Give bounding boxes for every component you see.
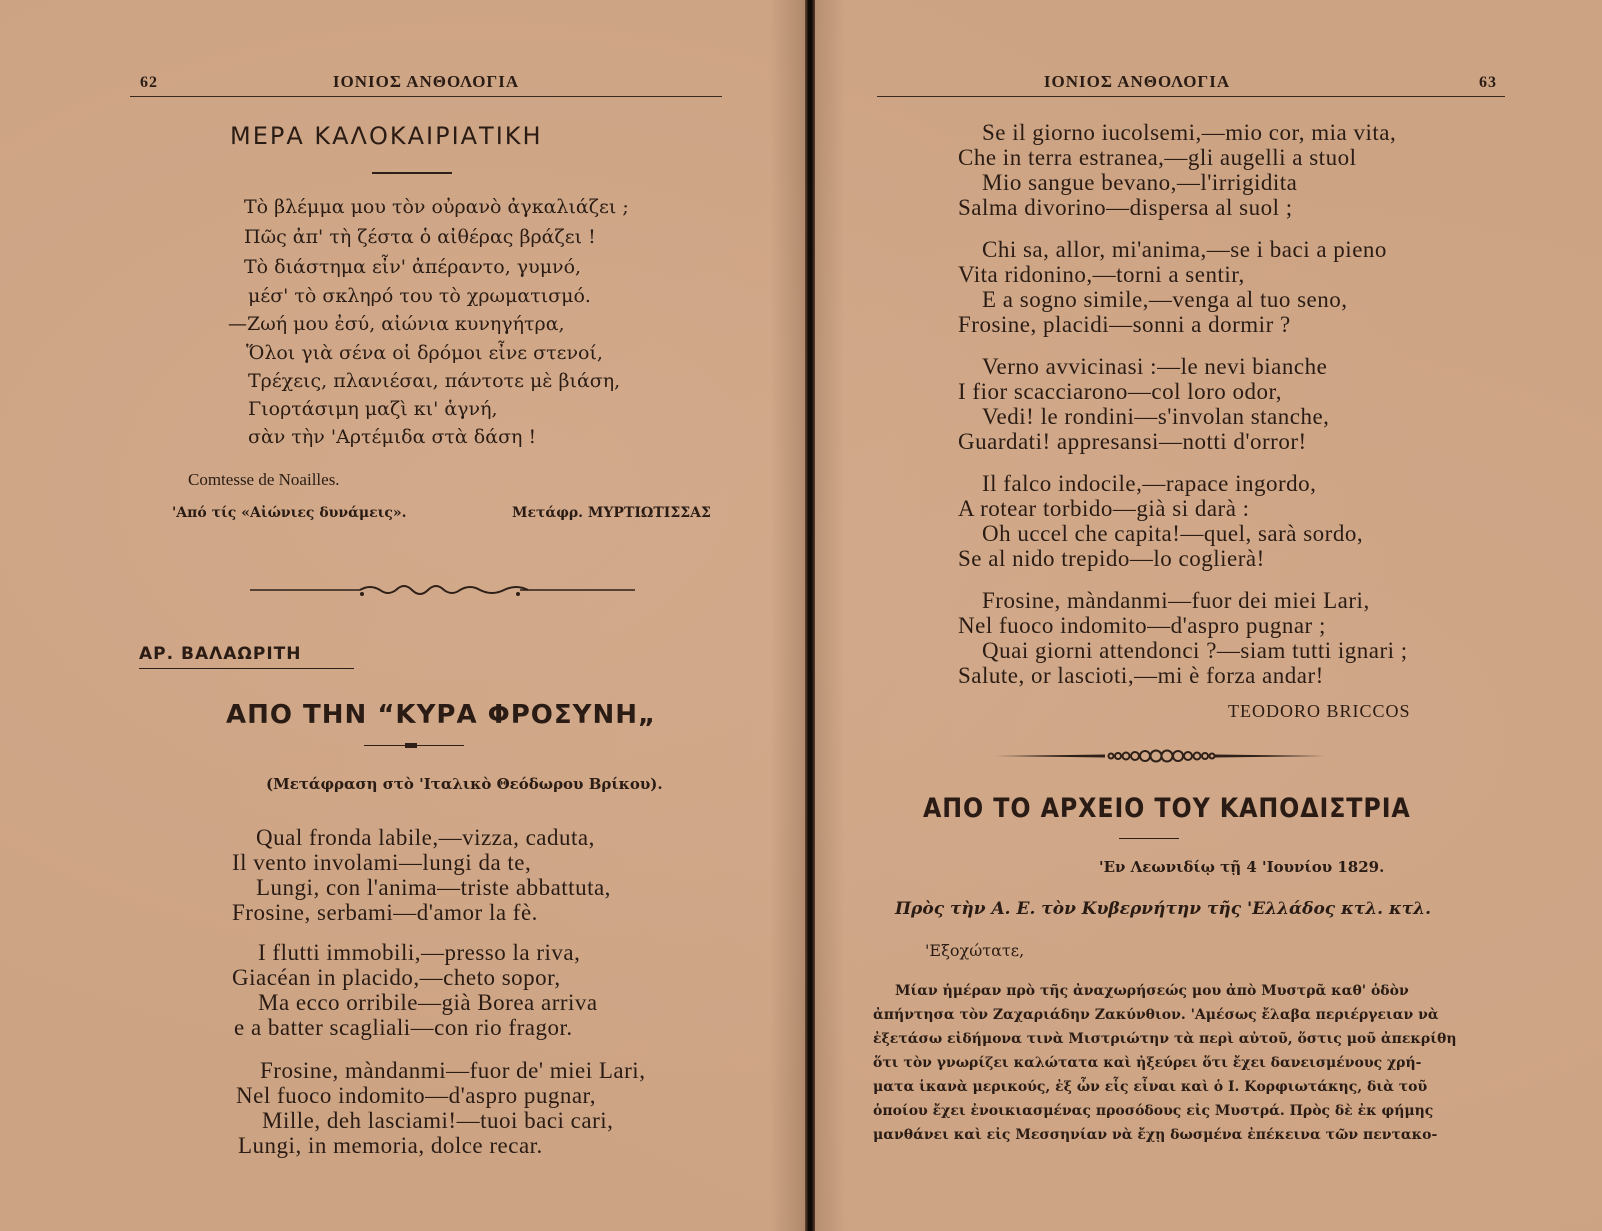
poem-line: Ma ecco orribile—già Borea arriva [258, 990, 598, 1016]
poem-line: Mio sangue bevano,—l'irrigidita [982, 170, 1297, 196]
left-page: 62 ΙΟΝΙΟΣ ΑΝΘΟΛΟΓΙΑ ΜΕΡΑ ΚΑΛΟΚΑΙΡΙΑΤΙΚΗ … [0, 0, 805, 1231]
poem-signature: TEODORO BRICCOS [1228, 701, 1411, 722]
body-line: ὅτι τὸν γνωρίζει καλώτατα καὶ ἠξεύρει ὅτ… [873, 1055, 1421, 1071]
author-heading: ΑΡ. ΒΑΛΑΩΡΙΤΗ [139, 644, 301, 664]
page-number: 63 [1479, 74, 1497, 92]
poem-line: Frosine, serbami—d'amor la fè. [232, 900, 538, 926]
title-rule [372, 172, 452, 174]
poem-line: Verno avvicinasi :—le nevi bianche [982, 354, 1327, 380]
author-heading-rule [139, 668, 354, 669]
section-subtitle: (Μετάφραση στὸ 'Ιταλικὸ Θεόδωρου Βρίκου)… [266, 775, 663, 793]
poem-line: Chi sa, allor, mi'anima,—se i baci a pie… [982, 237, 1387, 263]
poem-source: 'Από τίς «Αἰώνιες δυνάμεις». [172, 505, 407, 521]
poem-line: Τὸ βλέμμα μου τὸν οὐρανὸ ἀγκαλιάζει ; [244, 196, 629, 218]
running-title: ΙΟΝΙΟΣ ΑΝΘΟΛΟΓΙΑ [877, 72, 1397, 92]
poem-line: μέσ' τὸ σκληρό του τὸ χρωματισμό. [248, 285, 591, 307]
beaded-divider-icon [995, 748, 1325, 764]
poem-line: Vedi! le rondini—s'involan stanche, [982, 404, 1329, 430]
poem-line: Nel fuoco indomito—d'aspro pugnar, [236, 1083, 596, 1109]
article-title: ΑΠΟ ΤΟ ΑΡΧΕΙΟ ΤΟΥ ΚΑΠΟΔΙΣΤΡΙΑ [923, 793, 1411, 824]
poem-line: Se il giorno iucolsemi,—mio cor, mia vit… [982, 120, 1396, 146]
running-head-left: 62 ΙΟΝΙΟΣ ΑΝΘΟΛΟΓΙΑ [130, 72, 722, 97]
article-addressee: Πρὸς τὴν Α. Ε. τὸν Κυβερνήτην τῆς 'Ελλάδ… [895, 899, 1431, 919]
poem-line: Frosine, màndanmi—fuor dei miei Lari, [982, 588, 1370, 614]
poem-line: Oh uccel che capita!—quel, sarà sordo, [982, 521, 1363, 547]
poem-line: Τὸ διάστημα εἶν' ἀπέραντο, γυμνό, [244, 256, 581, 278]
poem-line: Che in terra estranea,—gli augelli a stu… [958, 145, 1356, 171]
poem-line: Se al nido trepido—lo coglierà! [958, 546, 1265, 572]
poem-line: Lungi, in memoria, dolce recar. [238, 1133, 543, 1159]
poem-line: A rotear torbido—già si darà : [958, 496, 1250, 522]
running-title: ΙΟΝΙΟΣ ΑΝΘΟΛΟΓΙΑ [130, 72, 722, 92]
article-title-rule [1119, 838, 1179, 839]
poem-title: ΜΕΡΑ ΚΑΛΟΚΑΙΡΙΑΤΙΚΗ [230, 122, 543, 150]
poem-line: e a batter scagliali—con rio fragor. [234, 1015, 573, 1041]
poem-line: Giacéan in placido,—cheto sopor, [232, 965, 561, 991]
poem-line: E a sogno simile,—venga al tuo seno, [982, 287, 1348, 313]
poem-line: Lungi, con l'anima—triste abbattuta, [256, 875, 611, 901]
article-salutation: 'Εξοχώτατε, [925, 941, 1024, 960]
poem-line: I flutti immobili,—presso la riva, [258, 940, 580, 966]
poem-translator: Μετάφρ. ΜΥΡΤΙΩΤΙΣΣΑΣ [512, 505, 711, 521]
poem-line: Quai giorni attendonci ?—siam tutti igna… [982, 638, 1408, 664]
poem-line: Mille, deh lasciami!—tuoi baci cari, [262, 1108, 613, 1134]
poem-line: Vita ridonino,—torni a sentir, [958, 262, 1245, 288]
poem-line: Il vento involami—lungi da te, [232, 850, 531, 876]
gutter-shadow [770, 0, 805, 1231]
rule-dash [405, 743, 417, 748]
body-line: Μίαν ἡμέραν πρὸ τῆς ἀναχωρήσεώς μου ἀπὸ … [895, 983, 1409, 999]
body-line: ἐξετάσω εἰδήμονα τινὰ Μιστριώτην τὰ περὶ… [873, 1031, 1457, 1047]
book-gutter [805, 0, 815, 1231]
section-title: ΑΠΟ ΤΗΝ “ΚΥΡΑ ΦΡΟΣΥΝΗ„ [226, 700, 656, 730]
article-dateline: 'Εν Λεωνιδίῳ τῇ 4 'Ιουνίου 1829. [1099, 858, 1384, 876]
poem-line: σὰν τὴν 'Αρτέμιδα στὰ δάση ! [248, 426, 536, 448]
poem-line: Τρέχεις, πλανιέσαι, πάντοτε μὲ βιάση, [248, 370, 620, 392]
poem-line: Il falco indocile,—rapace ingordo, [982, 471, 1316, 497]
poem-line: Nel fuoco indomito—d'aspro pugnar ; [958, 613, 1326, 639]
poem-author: Comtesse de Noailles. [188, 470, 340, 490]
poem-line: Γιορτάσιμη μαζὶ κι' ἁγνή, [248, 398, 498, 420]
poem-line: —Ζωή μου ἐσύ, αἰώνια κυνηγήτρα, [228, 313, 565, 335]
body-line: ματα ἱκανὰ μερικούς, ἐξ ὧν εἷς εἶναι καὶ… [873, 1079, 1427, 1095]
poem-line: I fior scacciarono—col loro odor, [958, 379, 1282, 405]
body-line: ἀπήντησα τὸν Ζαχαριάδην Ζακύνθιον. 'Αμέσ… [873, 1007, 1439, 1023]
ornamental-divider-icon [250, 580, 635, 600]
poem-line: Qual fronda labile,—vizza, caduta, [256, 825, 595, 851]
poem-line: Salma divorino—dispersa al suol ; [958, 195, 1293, 221]
running-head-right: ΙΟΝΙΟΣ ΑΝΘΟΛΟΓΙΑ 63 [877, 72, 1505, 97]
body-line: μανθάνει καὶ εἰς Μεσσηνίαν νὰ ἔχῃ δωσμέν… [873, 1127, 1437, 1143]
body-line: ὁποίου ἔχει ἐνοικιασμένας προσόδους εἰς … [873, 1103, 1433, 1119]
poem-line: Frosine, placidi—sonni a dormir ? [958, 312, 1291, 338]
poem-line: Ὅλοι γιὰ σένα οἱ δρόμοι εἶνε στενοί, [246, 342, 603, 364]
right-page: ΙΟΝΙΟΣ ΑΝΘΟΛΟΓΙΑ 63 Se il giorno iucolse… [815, 0, 1602, 1231]
book-spread: 62 ΙΟΝΙΟΣ ΑΝΘΟΛΟΓΙΑ ΜΕΡΑ ΚΑΛΟΚΑΙΡΙΑΤΙΚΗ … [0, 0, 1602, 1231]
poem-line: Frosine, màndanmi—fuor de' miei Lari, [260, 1058, 645, 1084]
poem-line: Πῶς ἀπ' τὴ ζέστα ὁ αἰθέρας βράζει ! [244, 226, 596, 248]
poem-line: Guardati! appresansi—notti d'orror! [958, 429, 1307, 455]
poem-line: Salute, or lascioti,—mi è forza andar! [958, 663, 1324, 689]
